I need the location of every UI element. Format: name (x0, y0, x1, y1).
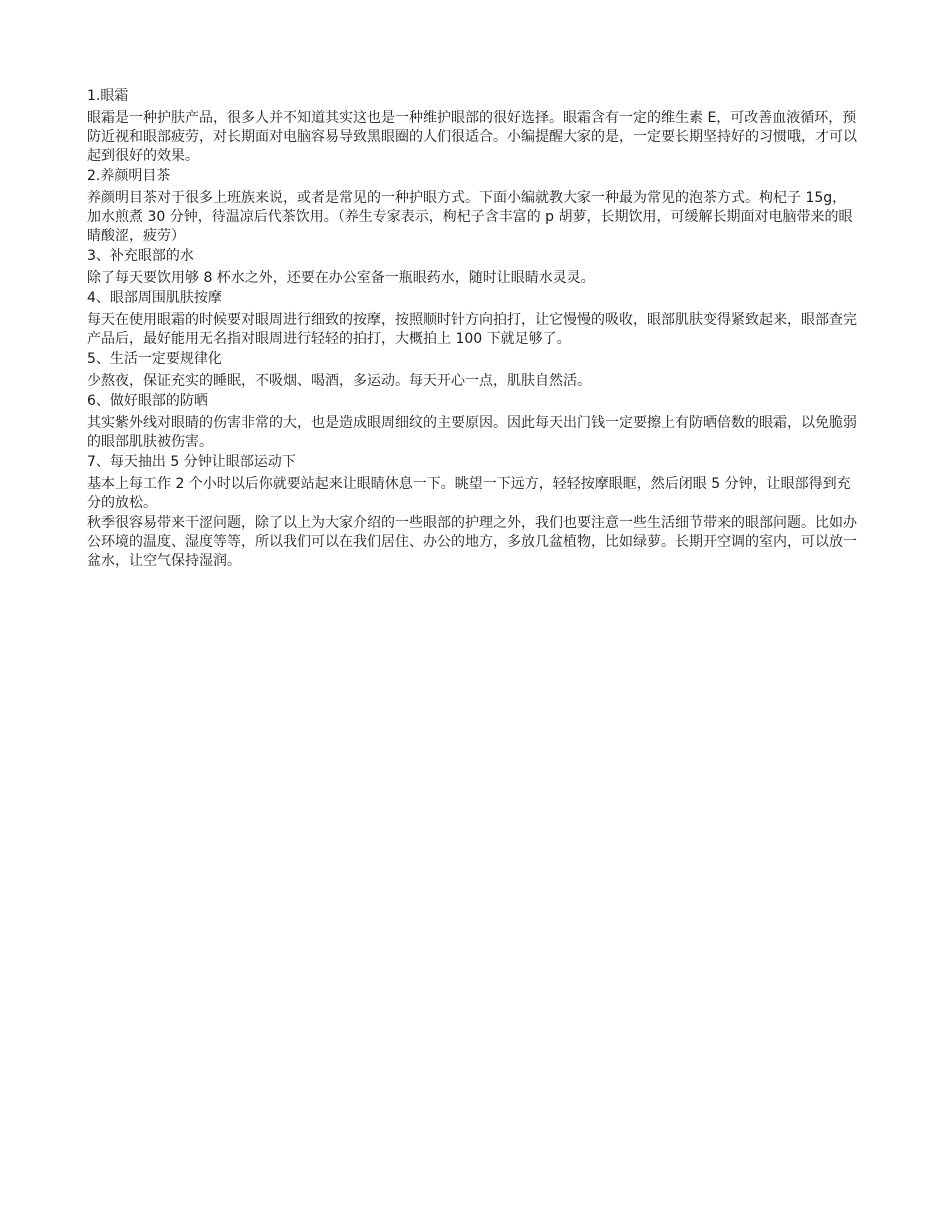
section-paragraph: 其实紫外线对眼睛的伤害非常的大，也是造成眼周细纹的主要原因。因此每天出门钱一定要… (87, 414, 860, 452)
section-heading: 2.养颜明目茶 (87, 167, 860, 186)
section-heading: 7、每天抽出 5 分钟让眼部运动下 (87, 453, 860, 472)
article-section: 5、生活一定要规律化 少熬夜，保证充实的睡眠，不吸烟、喝酒，多运动。每天开心一点… (87, 350, 860, 391)
section-heading: 3、补充眼部的水 (87, 247, 860, 266)
section-paragraph: 基本上每工作 2 个小时以后你就要站起来让眼睛休息一下。眺望一下远方，轻轻按摩眼… (87, 475, 860, 513)
section-paragraph: 少熬夜，保证充实的睡眠，不吸烟、喝酒，多运动。每天开心一点，肌肤自然活。 (87, 372, 860, 391)
section-heading: 5、生活一定要规律化 (87, 350, 860, 369)
section-paragraph: 眼霜是一种护肤产品，很多人并不知道其实这也是一种维护眼部的很好选择。眼霜含有一定… (87, 109, 860, 166)
article-section: 4、眼部周围肌肤按摩 每天在使用眼霜的时候要对眼周进行细致的按摩，按照顺时针方向… (87, 289, 860, 349)
section-paragraph: 养颜明目茶对于很多上班族来说，或者是常见的一种护眼方式。下面小编就教大家一种最为… (87, 189, 860, 246)
section-heading: 1.眼霜 (87, 87, 860, 106)
article-section: 1.眼霜 眼霜是一种护肤产品，很多人并不知道其实这也是一种维护眼部的很好选择。眼… (87, 87, 860, 166)
article-section: 7、每天抽出 5 分钟让眼部运动下 基本上每工作 2 个小时以后你就要站起来让眼… (87, 453, 860, 513)
section-heading: 4、眼部周围肌肤按摩 (87, 289, 860, 308)
closing-paragraph: 秋季很容易带来干涩问题，除了以上为大家介绍的一些眼部的护理之外，我们也要注意一些… (87, 514, 860, 571)
section-heading: 6、做好眼部的防晒 (87, 392, 860, 411)
article-section: 6、做好眼部的防晒 其实紫外线对眼睛的伤害非常的大，也是造成眼周细纹的主要原因。… (87, 392, 860, 452)
article-section: 3、补充眼部的水 除了每天要饮用够 8 杯水之外，还要在办公室备一瓶眼药水，随时… (87, 247, 860, 288)
article-section: 2.养颜明目茶 养颜明目茶对于很多上班族来说，或者是常见的一种护眼方式。下面小编… (87, 167, 860, 246)
section-paragraph: 除了每天要饮用够 8 杯水之外，还要在办公室备一瓶眼药水，随时让眼睛水灵灵。 (87, 269, 860, 288)
article-body: 1.眼霜 眼霜是一种护肤产品，很多人并不知道其实这也是一种维护眼部的很好选择。眼… (87, 86, 860, 572)
document-page: 1.眼霜 眼霜是一种护肤产品，很多人并不知道其实这也是一种维护眼部的很好选择。眼… (0, 0, 950, 1230)
section-paragraph: 每天在使用眼霜的时候要对眼周进行细致的按摩，按照顺时针方向拍打，让它慢慢的吸收，… (87, 311, 860, 349)
